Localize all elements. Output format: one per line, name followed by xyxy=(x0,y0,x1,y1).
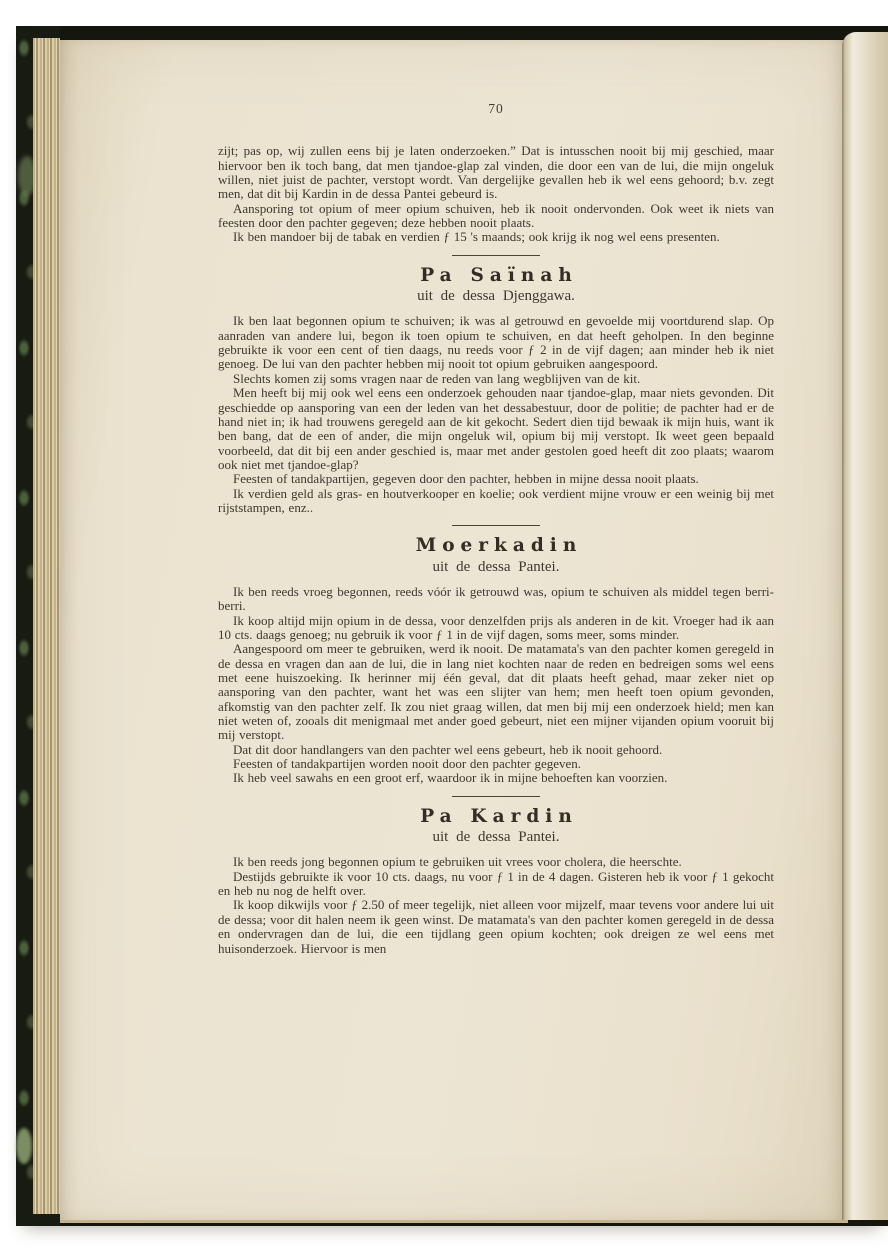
section-body: Ik ben laat begonnen opium te schuiven; … xyxy=(218,314,774,515)
section-divider xyxy=(452,525,540,526)
paragraph: Ik verdien geld als gras- en houtverkoop… xyxy=(218,487,774,516)
paragraph: Ik ben laat begonnen opium te schuiven; … xyxy=(218,314,774,371)
facing-page-curve xyxy=(842,32,888,1220)
intro-paragraphs: zijt; pas op, wij zullen eens bij je lat… xyxy=(218,144,774,244)
section-divider xyxy=(452,796,540,797)
paragraph: Ik koop altijd mijn opium in de dessa, v… xyxy=(218,614,774,643)
paragraph: zijt; pas op, wij zullen eens bij je lat… xyxy=(218,144,774,201)
paragraph: Feesten of tandakpartijen, gegeven door … xyxy=(218,472,774,486)
book-photo: 70 zijt; pas op, wij zullen eens bij je … xyxy=(16,26,888,1226)
paragraph: Ik ben reeds jong begonnen opium te gebr… xyxy=(218,855,774,869)
section-body: Ik ben reeds jong begonnen opium te gebr… xyxy=(218,855,774,955)
section-divider xyxy=(452,255,540,256)
paragraph: Men heeft bij mij ook wel eens een onder… xyxy=(218,386,774,472)
page-stack-edges xyxy=(33,38,60,1214)
section-title: Pa Saïnah xyxy=(218,269,774,283)
paragraph: Dat dit door handlangers van den pachter… xyxy=(218,743,774,757)
page-number: 70 xyxy=(218,102,774,116)
section-title: Pa Kardin xyxy=(218,810,774,824)
section-subtitle: uit de dessa Djenggawa. xyxy=(218,289,774,303)
paragraph: Slechts komen zij soms vragen naar de re… xyxy=(218,372,774,386)
paragraph: Ik koop dikwijls voor ƒ 2.50 of meer teg… xyxy=(218,898,774,955)
paragraph: Aansporing tot opium of meer opium schui… xyxy=(218,202,774,231)
section-title: Moerkadin xyxy=(218,539,774,553)
cover-marble-blotch xyxy=(16,1128,32,1164)
section-subtitle: uit de dessa Pantei. xyxy=(218,560,774,574)
paragraph: Destijds gebruikte ik voor 10 cts. daags… xyxy=(218,870,774,899)
paragraph: Feesten of tandakpartijen worden nooit d… xyxy=(218,757,774,771)
section-body: Ik ben reeds vroeg begonnen, reeds vóór … xyxy=(218,585,774,786)
paragraph: Ik ben mandoer bij de tabak en verdien ƒ… xyxy=(218,230,774,244)
text-column: 70 zijt; pas op, wij zullen eens bij je … xyxy=(218,40,774,956)
paragraph: Ik heb veel sawahs en een groot erf, waa… xyxy=(218,771,774,785)
section-subtitle: uit de dessa Pantei. xyxy=(218,830,774,844)
paragraph: Ik ben reeds vroeg begonnen, reeds vóór … xyxy=(218,585,774,614)
book-page: 70 zijt; pas op, wij zullen eens bij je … xyxy=(60,40,848,1223)
paragraph: Aangespoord om meer te gebruiken, werd i… xyxy=(218,642,774,742)
